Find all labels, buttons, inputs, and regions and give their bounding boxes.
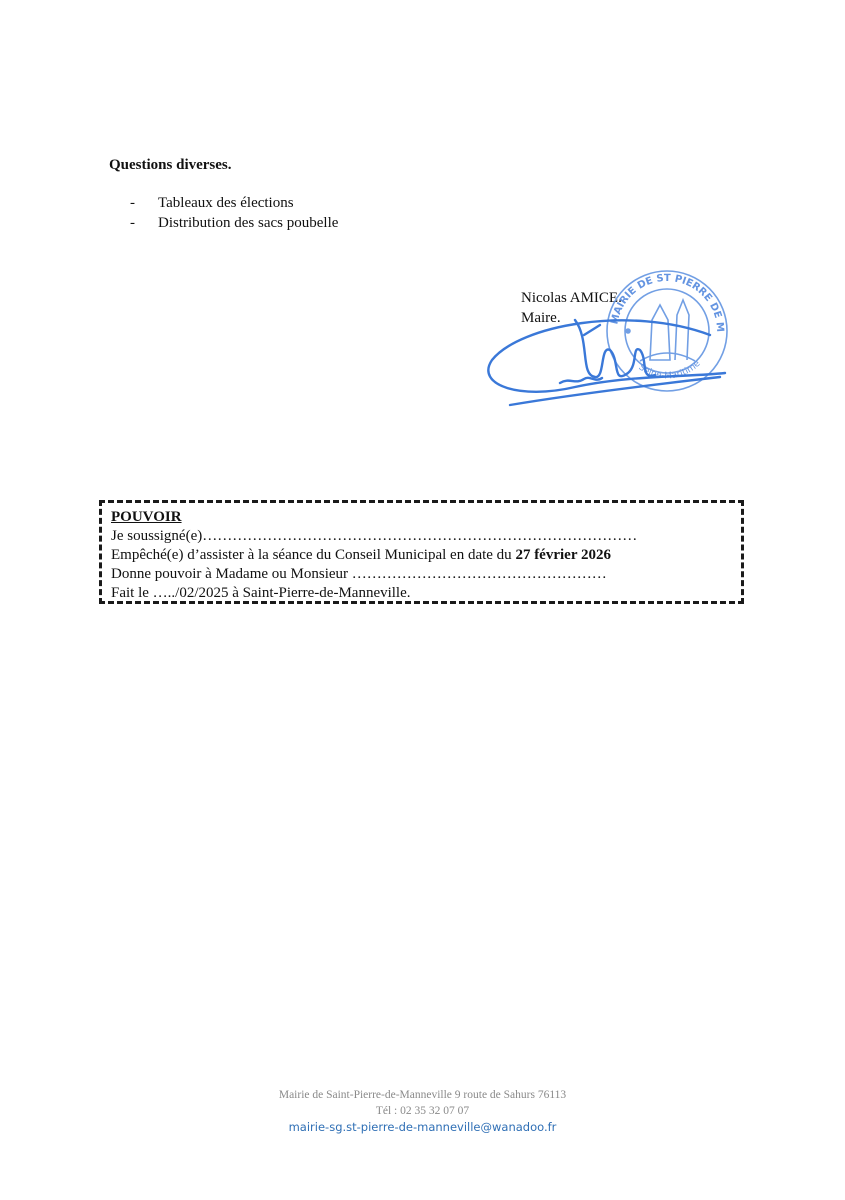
seance-date: 27 février 2026	[515, 547, 611, 563]
list-item: - Distribution des sacs poubelle	[130, 213, 338, 233]
agenda-item-label: Distribution des sacs poubelle	[158, 215, 338, 231]
pouvoir-line-empeche-text: Empêché(e) d’assister à la séance du Con…	[111, 547, 515, 563]
list-item: - Tableaux des élections	[130, 193, 338, 213]
pouvoir-line-fait: Fait le …../02/2025 à Saint-Pierre-de-Ma…	[111, 584, 741, 603]
footer-address: Mairie de Saint-Pierre-de-Manneville 9 r…	[0, 1087, 845, 1103]
footer-phone: Tél : 02 35 32 07 07	[0, 1103, 845, 1119]
bullet-dash: -	[130, 213, 135, 233]
bullet-dash: -	[130, 193, 135, 213]
footer-email-link[interactable]: mairie-sg.st-pierre-de-manneville@wanado…	[0, 1119, 845, 1135]
page-footer: Mairie de Saint-Pierre-de-Manneville 9 r…	[0, 1087, 845, 1135]
signature-and-stamp: MAIRIE DE ST PIERRE DE MANNEVILLE Seine-…	[480, 265, 740, 425]
agenda-list: - Tableaux des élections - Distribution …	[130, 193, 338, 233]
pouvoir-line-donne: Donne pouvoir à Madame ou Monsieur ………………	[111, 565, 741, 584]
pouvoir-form-box: POUVOIR Je soussigné(e)………………………………………………	[99, 500, 744, 604]
agenda-item-label: Tableaux des élections	[158, 195, 294, 211]
pouvoir-title: POUVOIR	[111, 508, 741, 527]
pouvoir-line-soussigne: Je soussigné(e)……………………………………………………………………	[111, 527, 741, 546]
section-title: Questions diverses.	[109, 157, 232, 174]
pouvoir-line-empeche: Empêché(e) d’assister à la séance du Con…	[111, 546, 741, 565]
